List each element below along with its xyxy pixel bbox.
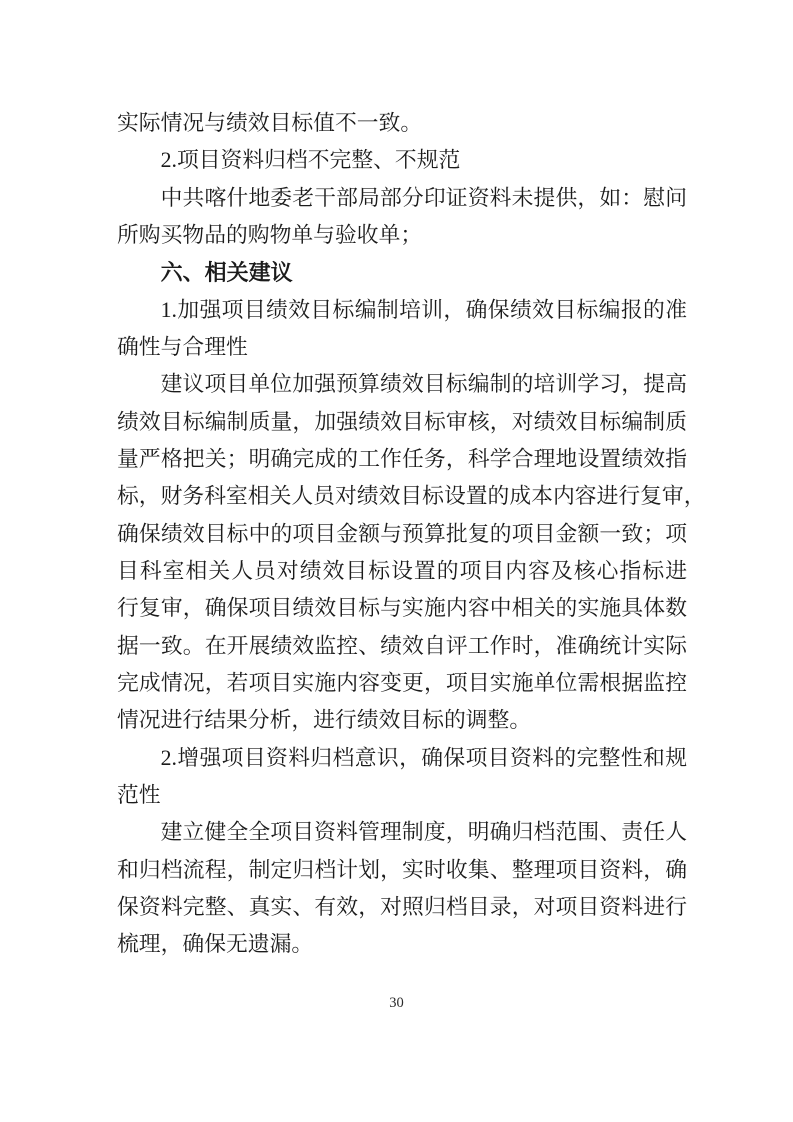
text-line: 中共喀什地委老干部局部分印证资料未提供，如：慰问 — [117, 180, 687, 217]
text-line: 建立健全全项目资料管理制度，明确归档范围、责任人 — [117, 814, 687, 851]
text-line: 绩效目标编制质量，加强绩效目标审核，对绩效目标编制质 — [117, 404, 687, 441]
document-page: 实际情况与绩效目标值不一致。2.项目资料归档不完整、不规范中共喀什地委老干部局部… — [0, 0, 793, 1122]
text-line: 完成情况，若项目实施内容变更，项目实施单位需根据监控 — [117, 665, 687, 702]
text-line: 量严格把关；明确完成的工作任务，科学合理地设置绩效指 — [117, 441, 687, 478]
text-line: 1.加强项目绩效目标编制培训，确保绩效目标编报的准 — [117, 292, 687, 329]
text-line: 确性与合理性 — [117, 329, 687, 366]
document-body: 实际情况与绩效目标值不一致。2.项目资料归档不完整、不规范中共喀什地委老干部局部… — [117, 105, 687, 964]
text-line: 行复审，确保项目绩效目标与实施内容中相关的实施具体数 — [117, 590, 687, 627]
text-line: 目科室相关人员对绩效目标设置的项目内容及核心指标进 — [117, 553, 687, 590]
text-line: 情况进行结果分析，进行绩效目标的调整。 — [117, 702, 687, 739]
section-heading: 六、相关建议 — [117, 254, 687, 291]
text-line: 范性 — [117, 777, 687, 814]
text-line: 确保绩效目标中的项目金额与预算批复的项目金额一致；项 — [117, 516, 687, 553]
page-number: 30 — [0, 995, 793, 1012]
text-line: 和归档流程，制定归档计划，实时收集、整理项目资料，确 — [117, 852, 687, 889]
text-line: 梳理，确保无遗漏。 — [117, 926, 687, 963]
text-line: 所购买物品的购物单与验收单； — [117, 217, 687, 254]
text-line: 据一致。在开展绩效监控、绩效自评工作时，准确统计实际 — [117, 628, 687, 665]
text-line: 实际情况与绩效目标值不一致。 — [117, 105, 687, 142]
text-line: 2.增强项目资料归档意识，确保项目资料的完整性和规 — [117, 740, 687, 777]
text-line: 建议项目单位加强预算绩效目标编制的培训学习，提高 — [117, 366, 687, 403]
text-line: 保资料完整、真实、有效，对照归档目录，对项目资料进行 — [117, 889, 687, 926]
text-line: 2.项目资料归档不完整、不规范 — [117, 142, 687, 179]
text-line: 标，财务科室相关人员对绩效目标设置的成本内容进行复审， — [117, 478, 687, 515]
